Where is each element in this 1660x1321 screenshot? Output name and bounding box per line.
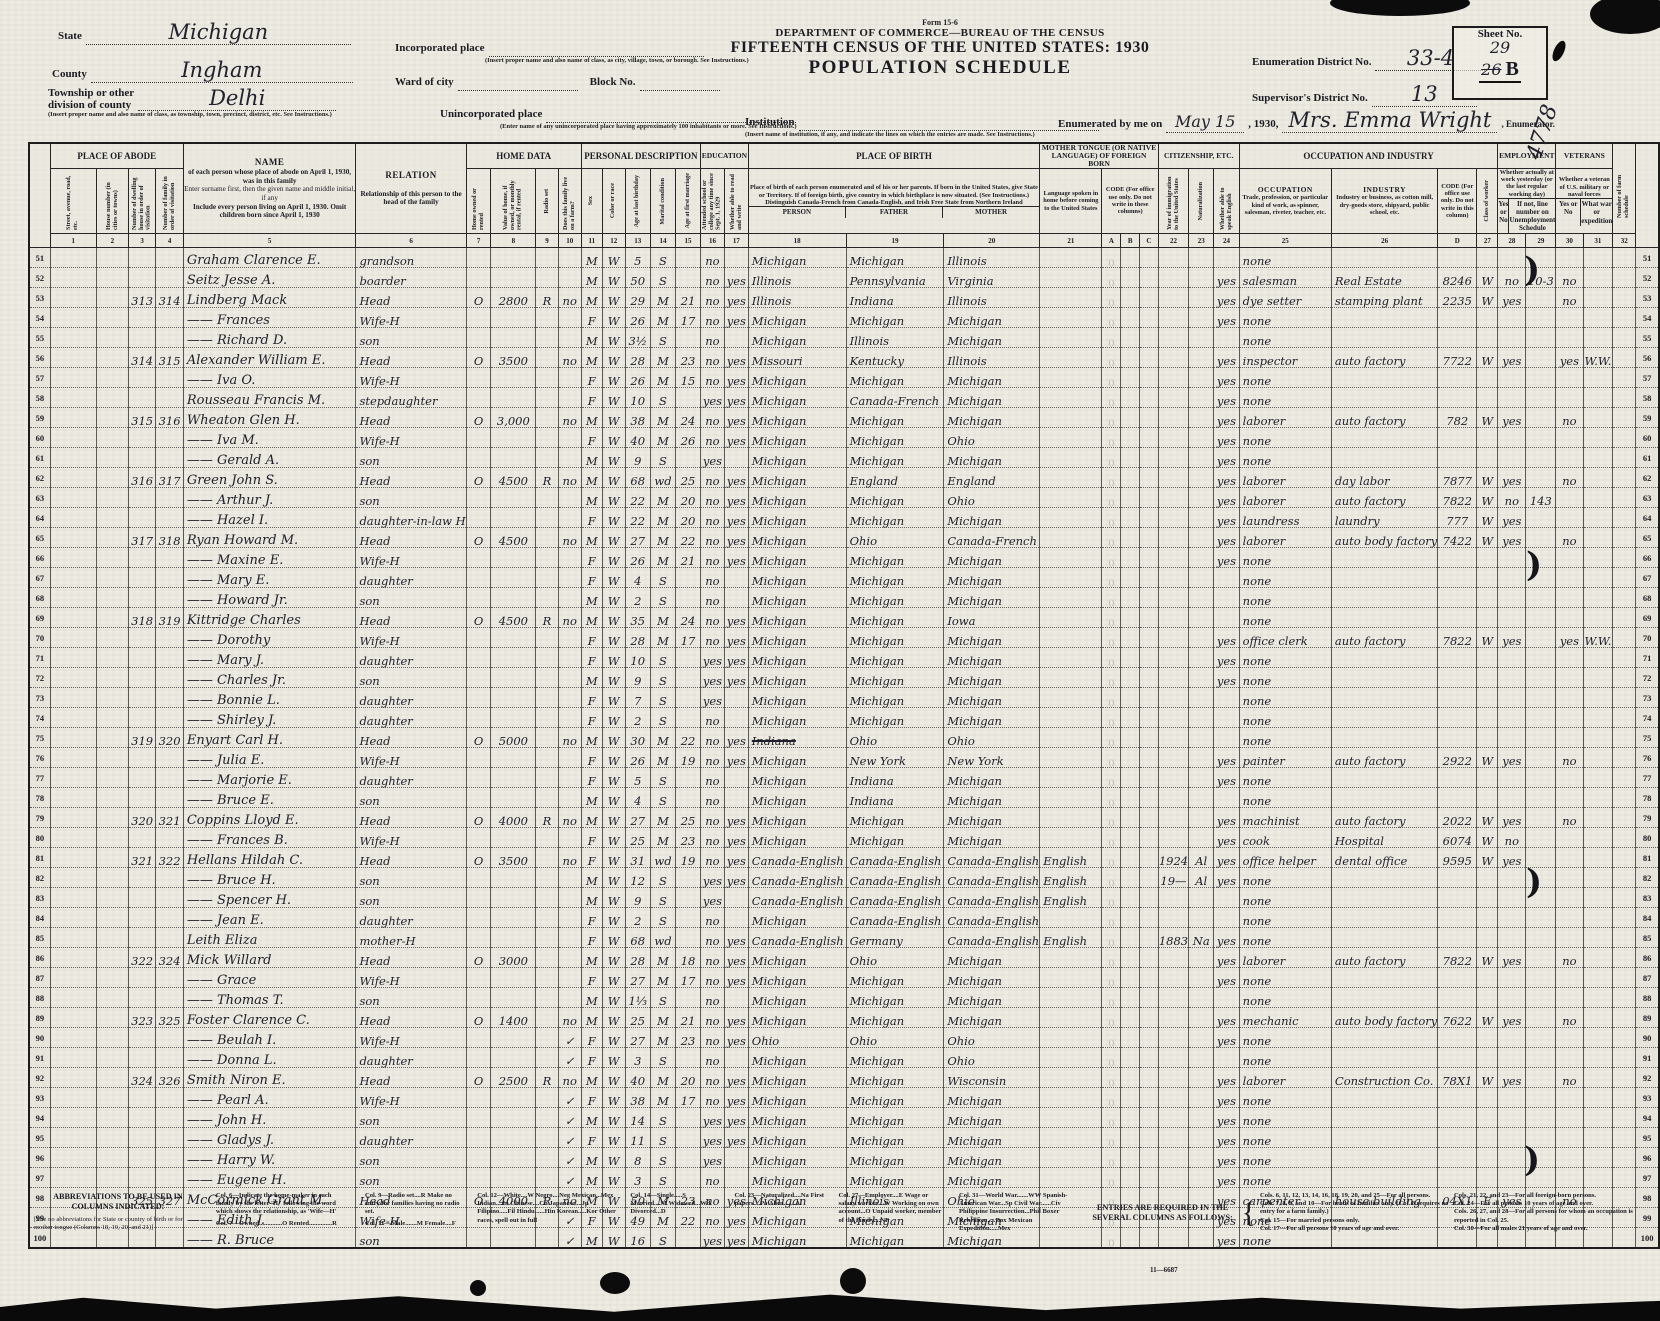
cell [1189, 508, 1214, 528]
cell [491, 748, 536, 768]
cell: W [602, 428, 625, 448]
cell [536, 448, 558, 468]
row-line-number-right: 58 [1636, 388, 1659, 408]
cell: Wife-H [356, 1088, 466, 1108]
cell [1140, 1008, 1159, 1028]
cell [491, 688, 536, 708]
cell [1331, 788, 1437, 808]
column-veteran-war: What war or expedition [1580, 199, 1612, 225]
cell [1040, 1048, 1102, 1068]
column-number-20: 20 [944, 234, 1040, 248]
cell: 20 [676, 488, 701, 508]
cell [1438, 708, 1477, 728]
row-line-number-right: 89 [1636, 1008, 1659, 1028]
cell [1121, 688, 1140, 708]
abbrev-col12: Col. 12—White....W Negro....Neg Mexican.… [477, 1192, 616, 1225]
cell [1140, 268, 1159, 288]
cell [536, 548, 558, 568]
cell: M [581, 488, 602, 508]
cell [558, 588, 581, 608]
cell: 26 [625, 308, 650, 328]
cell [1040, 628, 1102, 648]
cell [1040, 348, 1102, 368]
cell [1438, 608, 1477, 628]
cell [536, 1048, 558, 1068]
cell: —— Jean E. [183, 908, 356, 928]
cell: Iowa [944, 608, 1040, 628]
cell: S [650, 568, 675, 588]
cell [1498, 868, 1526, 888]
cell: 17 [676, 628, 701, 648]
cell: M [650, 948, 675, 968]
cell [1040, 308, 1102, 328]
table-row: 72—— Charles Jr.sonMW9SyesyesMichiganMic… [29, 668, 1659, 688]
cell [156, 1128, 183, 1148]
cell [676, 568, 701, 588]
cell: machinist [1239, 808, 1331, 828]
cell: no [700, 848, 724, 868]
cell: day labor [1331, 468, 1437, 488]
row-line-number-right: 72 [1636, 668, 1659, 688]
cell: yes [724, 408, 748, 428]
cell: () [1102, 348, 1121, 368]
cell [96, 368, 128, 388]
cell [1613, 248, 1636, 268]
cell: 316 [128, 468, 155, 488]
cell [1498, 788, 1526, 808]
table-row: 90—— Beulah I.Wife-H✓FW27M23noyesOhioOhi… [29, 1028, 1659, 1048]
cell: yes [1498, 508, 1526, 528]
cell: Lindberg Mack [183, 288, 356, 308]
cell [1140, 988, 1159, 1008]
cell [536, 568, 558, 588]
abbrev-col9: Col. 9—Radio set....R Make no entry for … [365, 1192, 463, 1217]
cell [1121, 748, 1140, 768]
column-number-B: B [1121, 234, 1140, 248]
cell [1331, 768, 1437, 788]
cell: () [1102, 308, 1121, 328]
cell [1477, 548, 1498, 568]
cell [466, 568, 491, 588]
row-line-number-left: 59 [29, 408, 50, 428]
cell [558, 748, 581, 768]
cell [1140, 428, 1159, 448]
cell: Wife-H [356, 968, 466, 988]
cell: Smith Niron E. [183, 1068, 356, 1088]
cell: 5 [625, 248, 650, 268]
cell [1477, 728, 1498, 748]
cell [466, 548, 491, 568]
cell [1556, 548, 1583, 568]
cell [1189, 388, 1214, 408]
cell: no [700, 588, 724, 608]
cell: yes [700, 868, 724, 888]
cell [1477, 968, 1498, 988]
column-number-22: 22 [1158, 234, 1188, 248]
cell [1583, 768, 1613, 788]
cell: Wife-H [356, 1028, 466, 1048]
cell [96, 288, 128, 308]
cell [96, 348, 128, 368]
cell: yes [1214, 848, 1239, 868]
cell [50, 548, 96, 568]
cell [1583, 748, 1613, 768]
cell [491, 1028, 536, 1048]
cell [558, 828, 581, 848]
cell: Michigan [748, 568, 846, 588]
cell: W [1477, 528, 1498, 548]
cell [156, 268, 183, 288]
enumerated-label: Enumerated by me on [1058, 118, 1162, 130]
cell [1477, 928, 1498, 948]
cell [96, 948, 128, 968]
cell: W [602, 708, 625, 728]
cell [1140, 608, 1159, 628]
cell: English [1040, 848, 1102, 868]
cell: Michigan [846, 608, 944, 628]
cell: () [1102, 948, 1121, 968]
cell: S [650, 688, 675, 708]
cell: stamping plant [1331, 288, 1437, 308]
cell [558, 368, 581, 388]
cell: S [650, 668, 675, 688]
cell: Michigan [748, 768, 846, 788]
row-line-number-right: 59 [1636, 408, 1659, 428]
cell [156, 448, 183, 468]
cell [558, 448, 581, 468]
cell [1121, 948, 1140, 968]
cell: no [1556, 288, 1583, 308]
cell [724, 1148, 748, 1168]
place-of-birth-description: Place of birth of each person enumerated… [748, 168, 1039, 234]
entries-brace: { [1242, 1196, 1256, 1230]
cell: 27 [625, 968, 650, 988]
cell [491, 828, 536, 848]
cell: F [581, 428, 602, 448]
cell [1498, 1108, 1526, 1128]
cell: Michigan [748, 488, 846, 508]
cell [96, 708, 128, 728]
column-number-13: 13 [625, 234, 650, 248]
incorporated-label: Incorporated place [395, 42, 485, 54]
cell [1121, 888, 1140, 908]
cell [96, 1088, 128, 1108]
cell [50, 388, 96, 408]
cell: none [1239, 1108, 1331, 1128]
row-line-number-left: 66 [29, 548, 50, 568]
cell: Head [356, 348, 466, 368]
cell [491, 708, 536, 728]
cell [1526, 968, 1556, 988]
cell: Kittridge Charles [183, 608, 356, 628]
cell: Ohio [748, 1028, 846, 1048]
cell [1158, 648, 1188, 668]
ed-label: Enumeration District No. [1252, 56, 1371, 68]
cell: no [1556, 1008, 1583, 1028]
cell [1140, 748, 1159, 768]
cell: 20 [676, 508, 701, 528]
cell: O [466, 1068, 491, 1088]
cell [1121, 728, 1140, 748]
cell: 19— [1158, 868, 1188, 888]
cell [1140, 928, 1159, 948]
cell: yes [724, 508, 748, 528]
cell: none [1239, 428, 1331, 448]
cell: M [650, 1008, 675, 1028]
cell: no [1556, 468, 1583, 488]
cell [96, 668, 128, 688]
cell [536, 368, 558, 388]
column-read-write: Whether able to read and write [724, 168, 748, 234]
column-radio-set: Radio set [536, 168, 558, 234]
cell [724, 588, 748, 608]
cell [466, 968, 491, 988]
row-line-number-right: 75 [1636, 728, 1659, 748]
cell [1583, 688, 1613, 708]
cell: S [650, 708, 675, 728]
cell [676, 868, 701, 888]
cell [1121, 488, 1140, 508]
cell [536, 428, 558, 448]
row-line-number-left: 87 [29, 968, 50, 988]
cell: Canada-English [748, 848, 846, 868]
cell [724, 908, 748, 928]
cell [1583, 948, 1613, 968]
cell: Missouri [748, 348, 846, 368]
cell: F [581, 1128, 602, 1148]
cell: no [558, 848, 581, 868]
cell [1556, 788, 1583, 808]
cell [50, 568, 96, 588]
cell: son [356, 588, 466, 608]
cell: 2022 [1438, 808, 1477, 828]
row-line-number-right: 67 [1636, 568, 1659, 588]
cell: Michigan [748, 948, 846, 968]
cell: son [356, 668, 466, 688]
cell: no [1498, 268, 1526, 288]
group-veterans: VETERANS [1556, 143, 1613, 168]
cell: W [602, 448, 625, 468]
cell [1477, 988, 1498, 1008]
cell: Michigan [846, 628, 944, 648]
cell [50, 928, 96, 948]
row-line-number-left: 76 [29, 748, 50, 768]
cell [50, 668, 96, 688]
cell [558, 568, 581, 588]
cell [1477, 608, 1498, 628]
cell [128, 1108, 155, 1128]
cell: () [1102, 1048, 1121, 1068]
abbrev-col14: Col. 14—Single.....S Married....M Widowe… [630, 1192, 720, 1217]
cell [466, 1088, 491, 1108]
row-line-number-left: 65 [29, 528, 50, 548]
table-row: 76—— Julia E.Wife-HFW26M19noyesMichiganN… [29, 748, 1659, 768]
cell [1613, 548, 1636, 568]
cell: 21 [676, 548, 701, 568]
cell: 7822 [1438, 488, 1477, 508]
cell: R [536, 288, 558, 308]
cell [1189, 728, 1214, 748]
cell: no [700, 328, 724, 348]
cell [1140, 328, 1159, 348]
row-line-number-right: 77 [1636, 768, 1659, 788]
cell: Michigan [748, 328, 846, 348]
abbrev-note: [Use no abbreviations for State or count… [34, 1216, 202, 1232]
cell [156, 1088, 183, 1108]
cell: 319 [156, 608, 183, 628]
cell [50, 248, 96, 268]
cell [558, 508, 581, 528]
cell: () [1102, 568, 1121, 588]
cell: 3½ [625, 328, 650, 348]
cell [1477, 868, 1498, 888]
cell: yes [724, 548, 748, 568]
abbrev-col11: Col. 11—Male.......M Female....F [365, 1220, 463, 1228]
cell [1438, 1028, 1477, 1048]
cell [96, 808, 128, 828]
cell [1121, 388, 1140, 408]
cell: () [1102, 1148, 1121, 1168]
cell [1189, 288, 1214, 308]
cell [1556, 908, 1583, 928]
cell [96, 648, 128, 668]
cell [1477, 908, 1498, 928]
table-row: 89323325Foster Clarence C.HeadO1400noMW2… [29, 1008, 1659, 1028]
cell: 7822 [1438, 628, 1477, 648]
cell [1583, 268, 1613, 288]
row-line-number-left: 62 [29, 468, 50, 488]
cell [466, 768, 491, 788]
cell: S [650, 268, 675, 288]
cell [536, 1148, 558, 1168]
column-number-15: 15 [676, 234, 701, 248]
cell: none [1239, 908, 1331, 928]
cell: 317 [128, 528, 155, 548]
group-mother-tongue: MOTHER TONGUE (OR NATIVE LANGUAGE) OF FO… [1040, 143, 1159, 168]
cell [1613, 1088, 1636, 1108]
entries-left-list: Cols. 6, 11, 12, 13, 14, 16, 18, 19, 20,… [1260, 1192, 1450, 1233]
cell: yes [724, 1128, 748, 1148]
cell: no [700, 428, 724, 448]
cell [1040, 528, 1102, 548]
cell [1583, 1028, 1613, 1048]
cell [128, 708, 155, 728]
cell: 321 [156, 808, 183, 828]
column-number-3: 3 [128, 234, 155, 248]
cell: no [700, 1048, 724, 1068]
cell [1158, 728, 1188, 748]
cell: yes [1498, 1068, 1526, 1088]
cell: Michigan [944, 328, 1040, 348]
cell [1526, 628, 1556, 648]
row-line-number-left: 85 [29, 928, 50, 948]
cell [1556, 328, 1583, 348]
cell: —— Beulah I. [183, 1028, 356, 1048]
cell: no [700, 568, 724, 588]
column-number-4: 4 [156, 234, 183, 248]
cell: Ohio [846, 728, 944, 748]
cell: W [602, 488, 625, 508]
cell: none [1239, 708, 1331, 728]
cell: M [650, 428, 675, 448]
cell: W [602, 888, 625, 908]
cell [50, 628, 96, 648]
cell [50, 788, 96, 808]
cell: no [700, 348, 724, 368]
cell: yes [1214, 1168, 1239, 1188]
entries-item: Col. 24—For all persons 10 years of age … [1454, 1200, 1634, 1208]
cell: 9 [625, 888, 650, 908]
cell [558, 548, 581, 568]
row-line-number-left: 80 [29, 828, 50, 848]
cell [1613, 408, 1636, 428]
cell: —— Gerald A. [183, 448, 356, 468]
cell [1040, 1168, 1102, 1188]
cell [50, 1028, 96, 1048]
cell: no [700, 608, 724, 628]
cell [676, 668, 701, 688]
cell [1121, 268, 1140, 288]
cell: yes [1556, 628, 1583, 648]
cell [466, 648, 491, 668]
cell [1189, 748, 1214, 768]
cell: Real Estate [1331, 268, 1437, 288]
group-place-of-birth: PLACE OF BIRTH [748, 143, 1039, 168]
cell: 316 [156, 408, 183, 428]
cell: Illinois [944, 248, 1040, 268]
cell: () [1102, 728, 1121, 748]
cell [128, 868, 155, 888]
cell [536, 1108, 558, 1128]
column-sex: Sex [581, 168, 602, 234]
cell: W [602, 908, 625, 928]
ink-blot-bottom-3 [470, 1280, 486, 1296]
row-line-number-right: 66 [1636, 548, 1659, 568]
cell [1613, 368, 1636, 388]
cell [491, 428, 536, 448]
cell: no [558, 288, 581, 308]
cell [1438, 1148, 1477, 1168]
cell: yes [1214, 868, 1239, 888]
cell [1526, 1108, 1556, 1128]
cell: —— Thomas T. [183, 988, 356, 1008]
cell: Canada-English [846, 888, 944, 908]
cell: no [700, 828, 724, 848]
cell: 4 [625, 788, 650, 808]
cell [1040, 708, 1102, 728]
cell: yes [1214, 1148, 1239, 1168]
abbreviations-footer: ABBREVIATIONS TO BE USED IN COLUMNS INDI… [34, 1192, 1634, 1233]
cell: S [650, 1128, 675, 1148]
cell [1214, 1048, 1239, 1068]
cell [1140, 508, 1159, 528]
cell: Michigan [748, 388, 846, 408]
row-line-number-right: 79 [1636, 808, 1659, 828]
cell [50, 408, 96, 428]
cell [1331, 368, 1437, 388]
abbrev-col31-text: Col. 31—World War.......WW Spanish-Ameri… [959, 1192, 1074, 1233]
cell [50, 868, 96, 888]
cell: 317 [156, 468, 183, 488]
cell: F [581, 368, 602, 388]
cell [50, 428, 96, 448]
cell [1189, 628, 1214, 648]
cell: Canada-English [846, 848, 944, 868]
cell: Ohio [846, 528, 944, 548]
cell: Michigan [846, 968, 944, 988]
cell: yes [724, 948, 748, 968]
cell: no [1498, 488, 1526, 508]
